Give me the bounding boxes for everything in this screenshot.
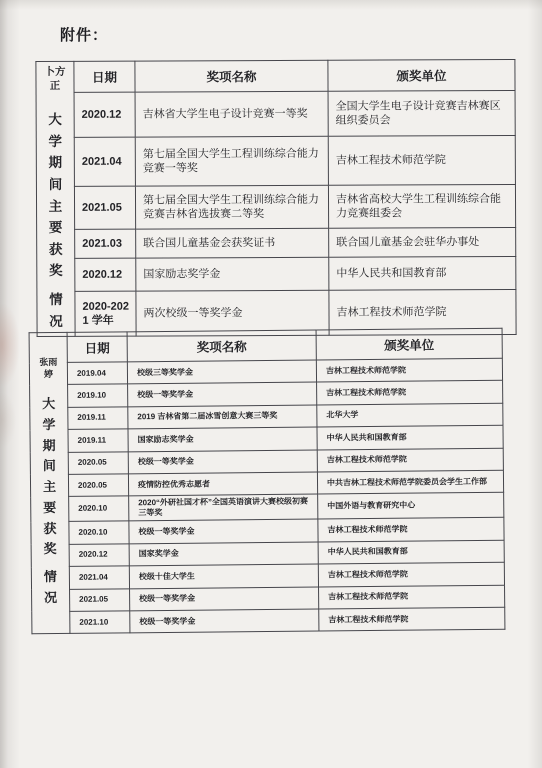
cell-award: 联合国儿童基金会获奖证书 [136,228,329,258]
cell-unit: 中华人民共和国教育部 [317,425,503,449]
section-label-line: 获奖 [44,239,67,282]
cell-award: 国家励志奖学金 [136,257,329,291]
cell-date: 2019.10 [68,384,128,407]
cell-date: 2020.12 [75,258,136,292]
cell-unit: 中华人民共和国教育部 [318,540,504,564]
section-label-line: 期间 [44,152,67,195]
cell-date: 2020.10 [69,496,129,522]
cell-award: 国家励志奖学金 [128,427,317,451]
column-header-date: 日期 [67,332,127,363]
award-row: 2021.05第七届全国大学生工程训练综合能力竞赛吉林省选拔赛二等奖吉林省高校大… [36,185,515,229]
cell-unit: 联合国儿童基金会驻华办事处 [329,227,516,257]
section-label-line: 主要 [40,477,59,519]
cell-award: 校级十佳大学生 [129,564,318,588]
cell-date: 2021.04 [74,137,135,187]
cell-date: 2021.03 [75,229,136,258]
cell-date: 2021.05 [74,187,135,229]
cell-unit: 吉林工程技术师范学院 [318,518,504,542]
section-label-line: 大学 [44,109,67,152]
column-header-award: 奖项名称 [135,60,328,92]
page-title: 附件： [60,24,108,45]
cell-unit: 吉林工程技术师范学院 [319,585,505,609]
table-header-row: 卜方正大学期间主要获奖情况日期奖项名称颁奖单位 [36,59,515,92]
cell-award: 校级一等奖学金 [128,450,317,474]
awards-table-2: 张雨婷大学期间主要获奖情况日期奖项名称颁奖单位2019.04校级三等奖学金吉林工… [29,328,506,635]
cell-date: 2020.10 [69,521,129,544]
cell-award: 校级一等奖学金 [130,609,319,633]
column-header-unit: 颁奖单位 [328,59,515,91]
cell-unit: 吉林工程技术师范学院 [328,136,515,186]
cell-award: 校级一等奖学金 [128,382,317,406]
cell-unit: 吉林省高校大学生工程训练综合能力竞赛组委会 [328,185,515,228]
section-label-line: 获奖 [40,519,59,561]
person-name: 卜方正 [43,66,66,93]
cell-unit: 吉林工程技术师范学院 [317,448,503,472]
section-label-line: 主要 [44,196,67,239]
cell-award: 第七届全国大学生工程训练综合能力竞赛吉林省选拔赛二等奖 [135,186,328,229]
cell-unit: 中华人民共和国教育部 [329,256,516,290]
cell-unit: 中国外语与教育研究中心 [318,493,504,520]
scanned-document-page: 附件： 卜方正大学期间主要获奖情况日期奖项名称颁奖单位2020.12吉林省大学生… [0,0,542,768]
column-header-award: 奖项名称 [127,330,316,362]
cell-award: 校级三等奖学金 [127,360,316,384]
cell-date: 2019.04 [67,362,127,385]
section-label-line: 情况 [44,289,67,332]
section-label-line: 期间 [40,435,59,477]
cell-date: 2019.11 [68,407,128,430]
cell-award: 2020“外研社国才杯”全国英语演讲大赛校级初赛三等奖 [129,494,318,521]
person-sidebar: 卜方正大学期间主要获奖情况 [36,61,75,336]
cell-unit: 中共吉林工程技术师范学院委员会学生工作部 [317,470,503,494]
person-name: 张雨婷 [39,357,58,380]
cell-date: 2020.12 [69,544,129,567]
column-header-unit: 颁奖单位 [316,328,502,360]
cell-date: 2020.05 [68,451,128,474]
cell-award: 2019 吉林省第二届冰雪创意大赛三等奖 [128,405,317,429]
cell-unit: 全国大学生电子设计竞赛吉林赛区组织委员会 [328,91,515,137]
column-header-date: 日期 [74,61,135,93]
cell-date: 2020-2021 学年 [75,291,136,336]
award-row: 2021.10校级一等奖学金吉林工程技术师范学院 [32,607,505,634]
awards-table-1: 卜方正大学期间主要获奖情况日期奖项名称颁奖单位2020.12吉林省大学生电子设计… [35,59,516,337]
award-row: 2020.12吉林省大学生电子设计竞赛一等奖全国大学生电子设计竞赛吉林赛区组织委… [36,91,515,138]
cell-award: 吉林省大学生电子设计竞赛一等奖 [135,92,328,138]
cell-unit: 北华大学 [317,403,503,427]
cell-unit: 吉林工程技术师范学院 [318,562,504,586]
person-sidebar: 张雨婷大学期间主要获奖情况 [29,332,70,634]
cell-award: 国家奖学金 [129,542,318,566]
cell-award: 第七届全国大学生工程训练综合能力竞赛一等奖 [135,136,328,186]
cell-award: 校级一等奖学金 [129,519,318,543]
cell-date: 2021.05 [70,588,130,611]
award-row: 2021.03联合国儿童基金会获奖证书联合国儿童基金会驻华办事处 [37,227,516,258]
award-row: 2021.04第七届全国大学生工程训练综合能力竞赛一等奖吉林工程技术师范学院 [36,136,515,187]
cell-date: 2021.10 [70,611,130,634]
cell-date: 2019.11 [68,429,128,452]
section-label: 大学期间主要获奖情况 [44,109,68,332]
cell-date: 2020.12 [74,92,135,137]
cell-date: 2021.04 [69,566,129,589]
table-header-row: 张雨婷大学期间主要获奖情况日期奖项名称颁奖单位 [29,328,502,363]
section-label: 大学期间主要获奖情况 [39,394,60,609]
award-row: 2020.12国家励志奖学金中华人民共和国教育部 [37,256,516,292]
cell-award: 校级一等奖学金 [130,587,319,611]
cell-date: 2020.05 [68,474,128,497]
cell-award: 疫情防控优秀志愿者 [128,472,317,496]
cell-unit: 吉林工程技术师范学院 [317,381,503,405]
cell-unit: 吉林工程技术师范学院 [316,358,502,382]
section-label-line: 情况 [41,567,60,609]
cell-unit: 吉林工程技术师范学院 [319,607,505,631]
section-label-line: 大学 [39,394,58,436]
